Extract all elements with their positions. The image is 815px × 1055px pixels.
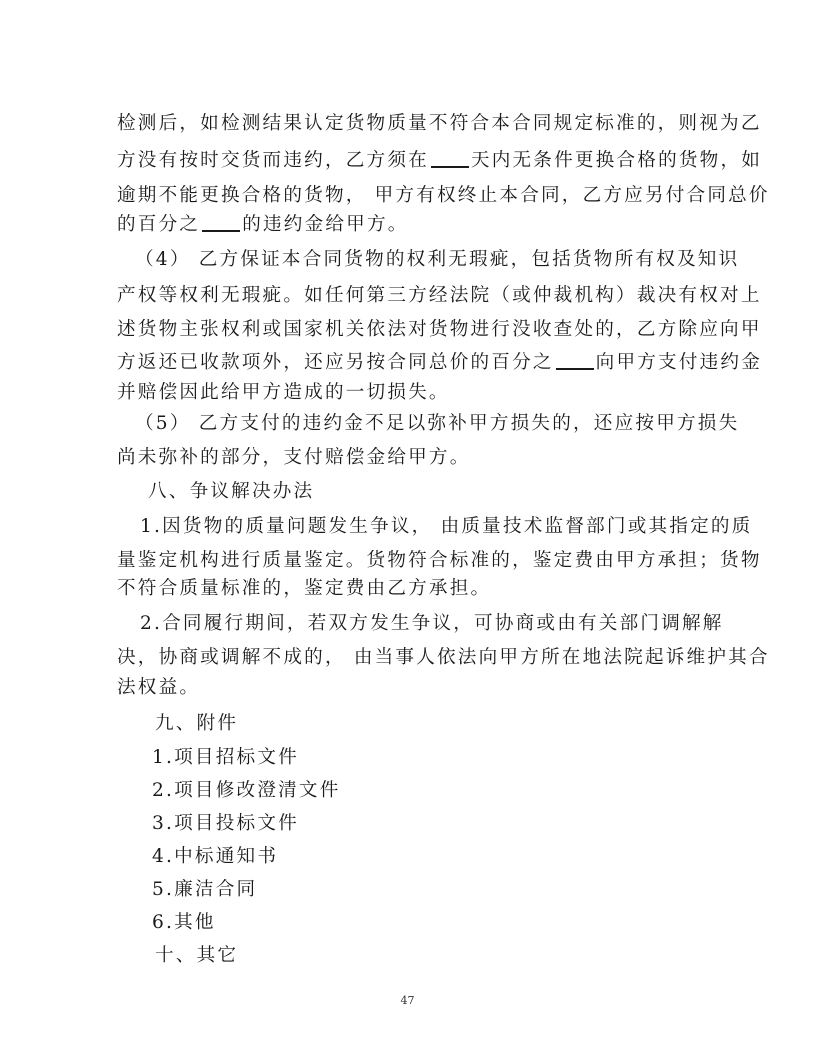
text-line: 方返还已收款项外，还应另按合同总价的百分之向甲方支付违约金 — [117, 350, 699, 375]
document-page: 检测后，如检测结果认定货物质量不符合本合同规定标准的，则视为乙 方没有按时交货而… — [0, 0, 815, 1055]
text-line: 1.因货物的质量问题发生争议， 由质量技术监督部门或其指定的质 — [140, 515, 722, 539]
text-line: 尚未弥补的部分，支付赔偿金给甲方。 — [117, 446, 699, 470]
text-segment: 天内无条件更换合格的货物，如 — [471, 150, 762, 171]
text-line: 方没有按时交货而违约，乙方须在天内无条件更换合格的货物，如 — [117, 148, 699, 173]
text-segment: 方返还已收款项外，还应另按合同总价的百分之 — [117, 352, 554, 373]
text-segment: 的违约金给甲方。 — [242, 214, 408, 235]
blank-field — [431, 148, 469, 168]
text-line: 法权益。 — [117, 676, 699, 700]
blank-field — [202, 212, 240, 232]
text-line: 不符合质量标准的，鉴定费由乙方承担。 — [117, 577, 699, 601]
text-segment: 向甲方支付违约金 — [596, 352, 762, 373]
text-line: 的百分之的违约金给甲方。 — [117, 212, 699, 237]
list-item: 1.项目招标文件 — [152, 746, 734, 770]
text-line: 逾期不能更换合格的货物， 甲方有权终止本合同，乙方应另付合同总价 — [117, 184, 699, 208]
text-line: 产权等权利无瑕疵。如任何第三方经法院（或仲裁机构）裁决有权对上 — [117, 284, 699, 308]
text-line: （5） 乙方支付的违约金不足以弥补甲方损失的，还应按甲方损失 — [135, 412, 717, 436]
text-segment: 的百分之 — [117, 214, 200, 235]
page-number: 47 — [0, 994, 815, 1007]
text-segment: 方没有按时交货而违约，乙方须在 — [117, 150, 429, 171]
text-line: 决，协商或调解不成的， 由当事人依法向甲方所在地法院起诉维护其合 — [117, 646, 699, 670]
list-item: 3.项目投标文件 — [152, 812, 734, 836]
text-line: 2.合同履行期间，若双方发生争议，可协商或由有关部门调解解 — [140, 612, 722, 636]
section-heading: 九、附件 — [155, 712, 737, 736]
list-item: 2.项目修改澄清文件 — [152, 779, 734, 803]
text-line: 量鉴定机构进行质量鉴定。货物符合标准的，鉴定费由甲方承担；货物 — [117, 549, 699, 573]
blank-field — [556, 350, 594, 370]
list-item: 6.其他 — [152, 911, 734, 935]
list-item: 5.廉洁合同 — [152, 878, 734, 902]
list-item: 4.中标通知书 — [152, 845, 734, 869]
text-line: 述货物主张权利或国家机关依法对货物进行没收查处的，乙方除应向甲 — [117, 318, 699, 342]
text-line: 检测后，如检测结果认定货物质量不符合本合同规定标准的，则视为乙 — [117, 112, 699, 136]
section-heading: 八、争议解决办法 — [148, 480, 730, 504]
section-heading: 十、其它 — [155, 944, 737, 968]
text-line: 并赔偿因此给甲方造成的一切损失。 — [117, 381, 699, 405]
text-line: （4） 乙方保证本合同货物的权利无瑕疵，包括货物所有权及知识 — [135, 248, 717, 272]
